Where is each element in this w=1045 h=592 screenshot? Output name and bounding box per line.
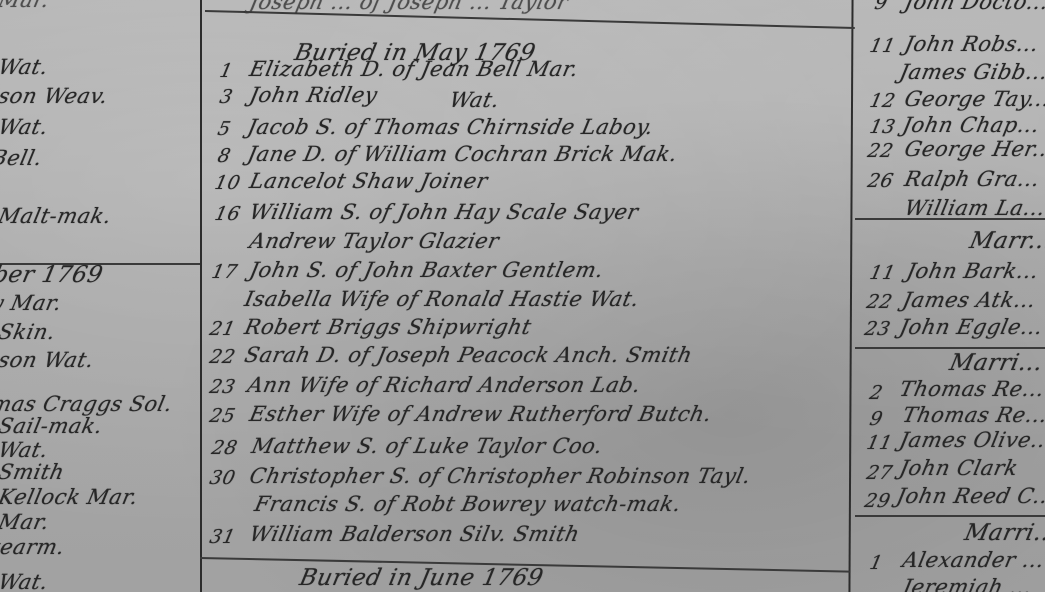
entry-text: John Reed C...	[894, 484, 1045, 508]
entry-text: John Clark	[897, 456, 1020, 480]
entry-text: Thomas Re...	[900, 403, 1045, 427]
entry-text: Christopher S. of Christopher Robinson T…	[247, 464, 753, 488]
left-line: ...ber 1769	[0, 262, 105, 288]
day-number: 22	[208, 346, 238, 368]
left-line: ... Mar.	[0, 0, 52, 12]
entry-text: Jane D. of William Cochran Brick Mak.	[245, 142, 679, 166]
entry-text: George Her...	[902, 137, 1045, 161]
day-number: 11	[868, 35, 898, 57]
day-number: 30	[208, 467, 238, 489]
entry-text: George Tay...	[902, 87, 1045, 111]
entry-note: Wat.	[447, 88, 502, 112]
day-number: 25	[208, 405, 238, 427]
day-number: 27	[865, 462, 895, 484]
day-number: 31	[208, 526, 238, 548]
left-line: ... Wat.	[0, 55, 51, 79]
entry-text: William Balderson Silv. Smith	[247, 522, 582, 546]
entry-text: Sarah D. of Joseph Peacock Anch. Smith	[242, 343, 694, 367]
day-number: 23	[863, 318, 893, 340]
entry-text: Andrew Taylor Glazier	[247, 229, 501, 253]
left-line: ...Bell.	[0, 146, 45, 170]
day-number: 22	[866, 140, 896, 162]
entry-text: Jeremiah ...	[900, 575, 1034, 592]
entry-text: John S. of John Baxter Gentlem.	[247, 258, 606, 282]
day-number: 9	[873, 0, 890, 14]
entry-text: Alexander ...	[900, 548, 1045, 572]
footer-heading: Buried in June 1769	[297, 565, 546, 591]
left-line: ...y Mar.	[0, 291, 64, 315]
right-column: 9 John Docto... 11 John Robs... James Gi…	[855, 0, 1045, 592]
entry-text: Matthew S. of Luke Taylor Coo.	[249, 434, 604, 458]
day-number: 13	[868, 116, 898, 138]
day-number: 21	[208, 318, 238, 340]
entry-text: John Eggle...	[897, 315, 1045, 339]
day-number: 23	[208, 376, 238, 398]
day-number: 28	[210, 437, 240, 459]
entry-text: John Docto...	[902, 0, 1045, 14]
day-number: 1	[868, 552, 885, 574]
block-heading: Marri...	[947, 350, 1045, 376]
day-number: 22	[865, 291, 895, 313]
entry-text: Jacob S. of Thomas Chirnside Laboy.	[245, 115, 655, 139]
entry-text: John Robs...	[902, 32, 1041, 56]
left-line: ... Skin.	[0, 320, 58, 344]
day-number: 16	[213, 203, 243, 225]
day-number: 29	[863, 490, 893, 512]
left-line: ... Wat.	[0, 570, 51, 592]
left-line: ... Wat.	[0, 438, 51, 462]
left-line: ... Sail-mak.	[0, 414, 105, 438]
entry-text: James Gibb...	[897, 60, 1045, 84]
entry-text: Robert Briggs Shipwright	[242, 315, 533, 339]
entry-text: James Olive...	[897, 428, 1045, 452]
entry-text: John Chap...	[900, 113, 1041, 137]
entry-text: William S. of John Hay Scale Sayer	[247, 200, 640, 224]
day-number: 17	[210, 261, 240, 283]
entry-text: Ralph Gra...	[902, 167, 1042, 191]
left-line: ... Kellock Mar.	[0, 485, 140, 509]
day-number: 9	[868, 408, 885, 430]
entry-text: Isabella Wife of Ronald Hastie Wat.	[242, 287, 641, 311]
day-number: 2	[868, 382, 885, 404]
left-line: ...lson Weav.	[0, 84, 110, 108]
entry-text: Elizabeth D. of Jean Bell Mar.	[247, 57, 580, 81]
entry-text: Ann Wife of Richard Anderson Lab.	[245, 373, 643, 397]
day-number: 26	[866, 170, 896, 192]
left-line: ... Mar.	[0, 510, 52, 534]
entry-text: Esther Wife of Andrew Rutherford Butch.	[247, 402, 714, 426]
left-column-border	[200, 0, 202, 592]
entry-text: John Bark...	[904, 259, 1041, 283]
left-line: ...ison Wat.	[0, 348, 96, 372]
day-number: 12	[868, 90, 898, 112]
block-heading: Marr...	[967, 228, 1045, 254]
block-heading: Marri...	[962, 520, 1045, 546]
entry-text: Thomas Re...	[897, 377, 1045, 401]
day-number: 11	[868, 262, 898, 284]
left-line: ...mas Craggs Sol.	[0, 392, 175, 416]
entry-text: John Ridley	[247, 83, 379, 107]
entry-text: Lancelot Shaw Joiner	[247, 169, 490, 193]
left-line: ... Smith	[0, 460, 67, 484]
entry-text: William La...	[902, 196, 1045, 220]
left-line: ... Malt-mak.	[0, 204, 114, 228]
day-number: 10	[213, 172, 243, 194]
day-number: 11	[865, 432, 895, 454]
top-fragment: Joseph ... of Joseph ... Taylor	[247, 0, 570, 14]
entry-text: Francis S. of Robt Bowrey watch-mak.	[252, 492, 683, 516]
left-line: ...tearm.	[0, 535, 67, 559]
left-line: ... Wat.	[0, 115, 51, 139]
entry-text: James Atk...	[900, 288, 1038, 312]
